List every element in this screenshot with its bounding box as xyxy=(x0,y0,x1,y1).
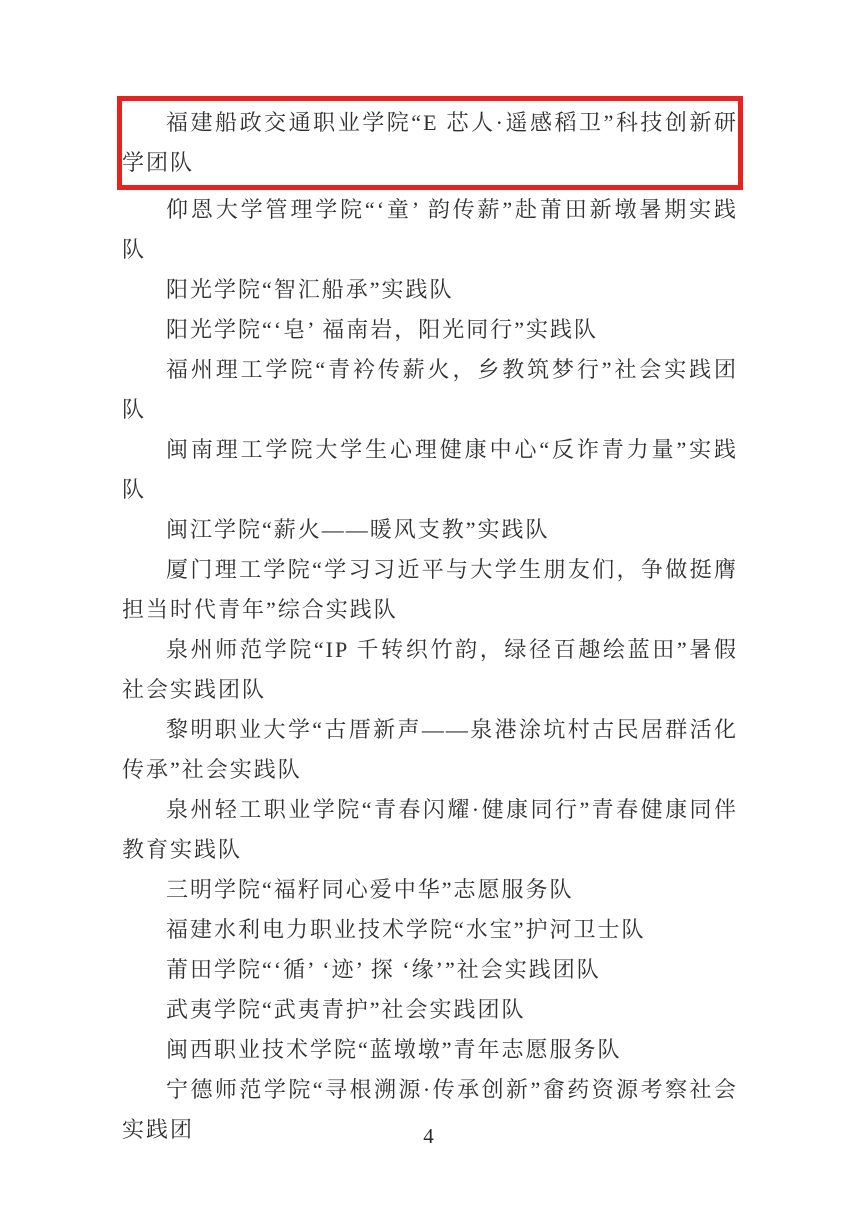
team-list-item: 三明学院“福籽同心爱中华”志愿服务队 xyxy=(122,870,738,910)
team-list-item: 黎明职业大学“古厝新声——泉港涂坑村古民居群活化传承”社会实践队 xyxy=(122,710,738,790)
team-list-item: 福建船政交通职业学院“E 芯人·遥感稻卫”科技创新研学团队 xyxy=(122,103,738,183)
team-list-item: 福建水利电力职业技术学院“水宝”护河卫士队 xyxy=(122,910,738,950)
team-list-item: 闽西职业技术学院“蓝墩墩”青年志愿服务队 xyxy=(122,1030,738,1070)
team-list-item: 阳光学院“智汇船承”实践队 xyxy=(122,270,738,310)
page-number: 4 xyxy=(0,1122,857,1150)
team-list: 福建船政交通职业学院“E 芯人·遥感稻卫”科技创新研学团队 仰恩大学管理学院“‘… xyxy=(122,96,738,1150)
highlight-box: 福建船政交通职业学院“E 芯人·遥感稻卫”科技创新研学团队 xyxy=(117,96,743,190)
team-list-item: 仰恩大学管理学院“‘童’ 韵传薪”赴莆田新墩暑期实践队 xyxy=(122,190,738,270)
team-list-item: 福州理工学院“青衿传薪火，乡教筑梦行”社会实践团队 xyxy=(122,350,738,430)
team-list-item: 泉州轻工职业学院“青春闪耀·健康同行”青春健康同伴教育实践队 xyxy=(122,790,738,870)
team-list-item: 闽江学院“薪火——暖风支教”实践队 xyxy=(122,510,738,550)
team-list-item: 闽南理工学院大学生心理健康中心“反诈青力量”实践队 xyxy=(122,430,738,510)
document-page: 福建船政交通职业学院“E 芯人·遥感稻卫”科技创新研学团队 仰恩大学管理学院“‘… xyxy=(0,0,857,1212)
team-list-item: 泉州师范学院“IP 千转织竹韵，绿径百趣绘蓝田”暑假社会实践团队 xyxy=(122,630,738,710)
team-list-item: 厦门理工学院“学习习近平与大学生朋友们，争做挺膺担当时代青年”综合实践队 xyxy=(122,550,738,630)
team-list-item: 莆田学院“‘循’ ‘迹’ 探 ‘缘’”社会实践团队 xyxy=(122,950,738,990)
team-list-item: 武夷学院“武夷青护”社会实践团队 xyxy=(122,990,738,1030)
team-list-item: 阳光学院“‘皂’ 福南岩，阳光同行”实践队 xyxy=(122,310,738,350)
